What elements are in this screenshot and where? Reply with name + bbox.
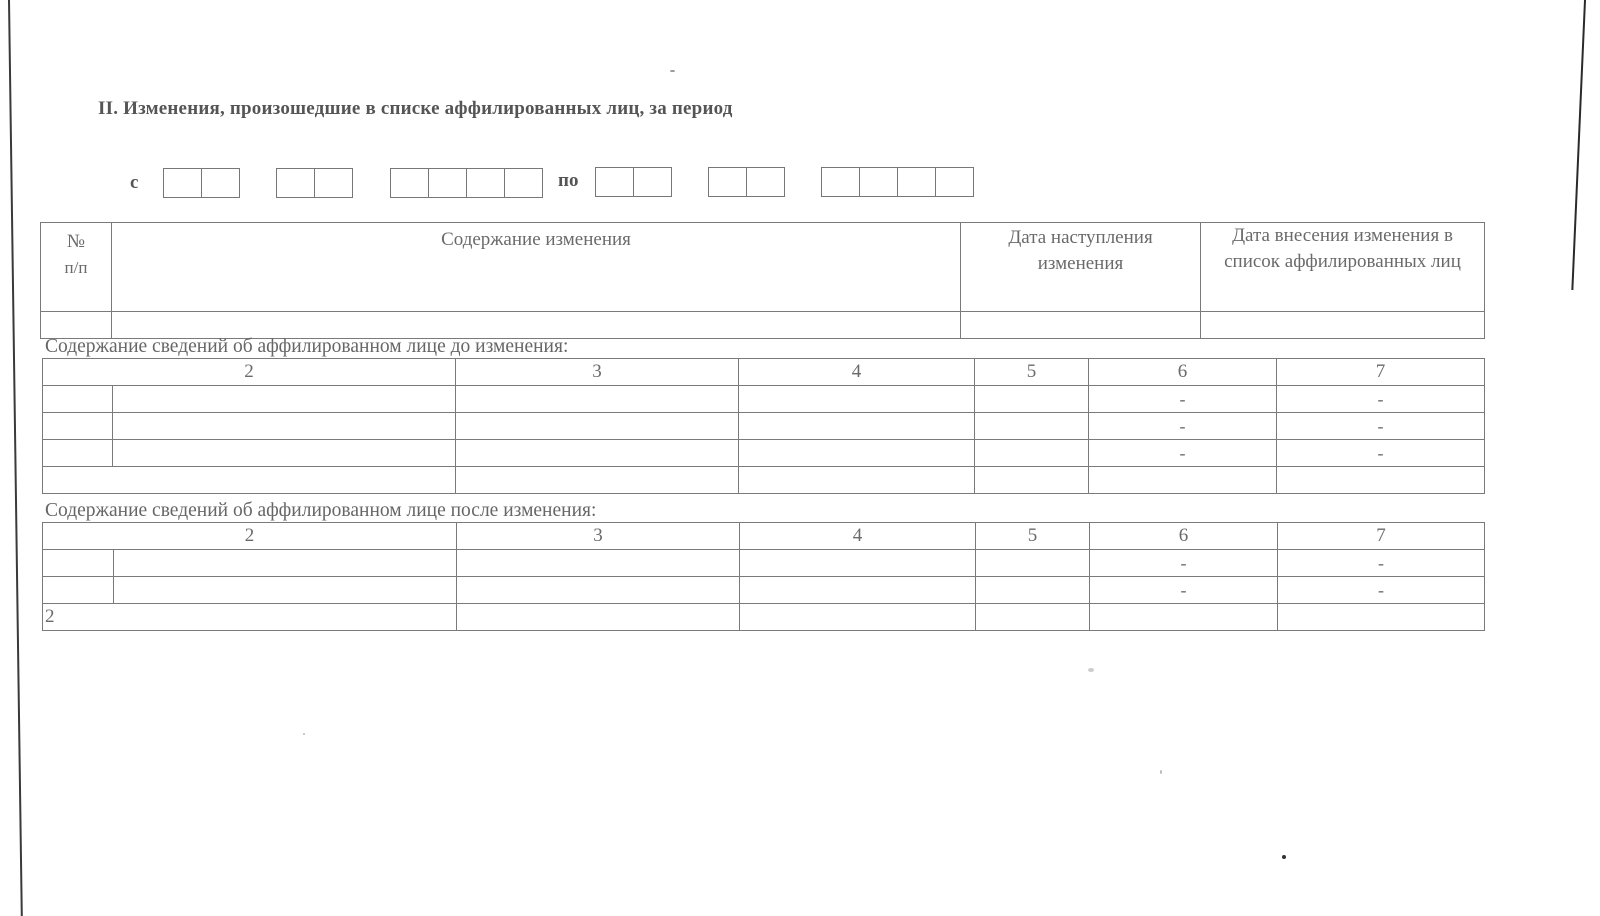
cell[interactable]: [1277, 467, 1485, 494]
to-day-digit-1[interactable]: [596, 168, 634, 196]
from-day-boxes[interactable]: [163, 168, 240, 198]
cell[interactable]: [113, 440, 456, 467]
cell[interactable]: [114, 550, 457, 577]
cell[interactable]: [113, 413, 456, 440]
scan-edge-right: [1571, 0, 1586, 290]
col-header-7: 7: [1277, 359, 1485, 386]
cell[interactable]: [43, 577, 114, 604]
from-year-digit-2[interactable]: [429, 169, 467, 197]
to-year-digit-3[interactable]: [898, 168, 936, 196]
cell[interactable]: [456, 413, 739, 440]
cell[interactable]: [976, 577, 1090, 604]
before-change-table: 2 3 4 5 6 7 - - - - - -: [42, 358, 1485, 494]
table-row: - -: [43, 440, 1485, 467]
table-row: [41, 312, 1485, 339]
table-row: 2: [43, 604, 1485, 631]
cell[interactable]: -: [1090, 550, 1278, 577]
cell[interactable]: [43, 440, 113, 467]
cell[interactable]: [975, 413, 1089, 440]
from-month-boxes[interactable]: [276, 168, 353, 198]
changes-table: № п/п Содержание изменения Дата наступле…: [40, 222, 1485, 339]
scan-speck: [1282, 855, 1286, 859]
cell[interactable]: [975, 440, 1089, 467]
cell[interactable]: [1278, 604, 1485, 631]
from-month-digit-2[interactable]: [315, 169, 352, 197]
before-change-caption: Содержание сведений об аффилированном ли…: [45, 336, 568, 358]
col-header-2: 2: [43, 523, 457, 550]
cell[interactable]: [1090, 604, 1278, 631]
cell[interactable]: [976, 604, 1090, 631]
scan-speck: [1088, 668, 1094, 672]
row-date-occurred[interactable]: [961, 312, 1201, 339]
cell[interactable]: [739, 440, 975, 467]
col-header-4: 4: [739, 359, 975, 386]
to-year-digit-1[interactable]: [822, 168, 860, 196]
cell[interactable]: [739, 467, 975, 494]
scan-edge-left: [8, 0, 23, 916]
to-month-digit-2[interactable]: [747, 168, 784, 196]
table-row: - -: [43, 386, 1485, 413]
cell[interactable]: -: [1278, 577, 1485, 604]
from-year-digit-4[interactable]: [505, 169, 542, 197]
cell[interactable]: [740, 550, 976, 577]
to-year-digit-2[interactable]: [860, 168, 898, 196]
header-date-entered: Дата внесения изменения в список аффилир…: [1201, 223, 1485, 312]
cell[interactable]: [739, 386, 975, 413]
row-num[interactable]: [41, 312, 112, 339]
cell[interactable]: [1089, 467, 1277, 494]
before-change-header: 2 3 4 5 6 7: [43, 359, 1485, 386]
row-content[interactable]: [112, 312, 961, 339]
col-header-3: 3: [456, 359, 739, 386]
cell[interactable]: [740, 577, 976, 604]
cell[interactable]: [457, 577, 740, 604]
to-year-digit-4[interactable]: [936, 168, 973, 196]
table-row: - -: [43, 577, 1485, 604]
cell[interactable]: -: [1277, 413, 1485, 440]
cell[interactable]: [456, 386, 739, 413]
to-month-digit-1[interactable]: [709, 168, 747, 196]
col-header-6: 6: [1089, 359, 1277, 386]
after-change-header: 2 3 4 5 6 7: [43, 523, 1485, 550]
cell[interactable]: -: [1277, 386, 1485, 413]
header-num-line1: №: [41, 229, 111, 255]
header-content: Содержание изменения: [112, 223, 961, 312]
after-change-caption: Содержание сведений об аффилированном ли…: [45, 500, 596, 522]
to-day-boxes[interactable]: [595, 167, 672, 197]
cell[interactable]: [43, 467, 456, 494]
cell[interactable]: [456, 467, 739, 494]
header-num-line2: п/п: [41, 255, 111, 281]
cell[interactable]: [113, 386, 456, 413]
cell[interactable]: -: [1090, 577, 1278, 604]
cell[interactable]: [739, 413, 975, 440]
from-year-digit-1[interactable]: [391, 169, 429, 197]
period-to-label: по: [558, 170, 578, 192]
cell[interactable]: -: [1089, 386, 1277, 413]
header-date-occurred: Дата наступления изменения: [961, 223, 1201, 312]
scan-speck: [670, 70, 675, 72]
cell[interactable]: [976, 550, 1090, 577]
table-row: - -: [43, 550, 1485, 577]
table-row: [43, 467, 1485, 494]
col-header-3: 3: [457, 523, 740, 550]
cell[interactable]: [43, 413, 113, 440]
row-date-entered[interactable]: [1201, 312, 1485, 339]
col-header-5: 5: [975, 359, 1089, 386]
from-day-digit-1[interactable]: [164, 169, 202, 197]
col-header-7: 7: [1278, 523, 1485, 550]
changes-table-header: № п/п Содержание изменения Дата наступле…: [41, 223, 1485, 312]
cell[interactable]: -: [1089, 440, 1277, 467]
section-title: II. Изменения, произошедшие в списке афф…: [98, 98, 733, 120]
table-row: - -: [43, 413, 1485, 440]
cell[interactable]: [740, 604, 976, 631]
from-year-digit-3[interactable]: [467, 169, 505, 197]
from-year-boxes[interactable]: [390, 168, 543, 198]
scan-speck: [303, 733, 305, 735]
header-num: № п/п: [41, 223, 112, 312]
col-header-2: 2: [43, 359, 456, 386]
cell[interactable]: [43, 386, 113, 413]
cell[interactable]: [114, 577, 457, 604]
cell[interactable]: [975, 467, 1089, 494]
cell[interactable]: -: [1089, 413, 1277, 440]
from-day-digit-2[interactable]: [202, 169, 239, 197]
period-from-label: с: [130, 172, 138, 194]
cell[interactable]: -: [1278, 550, 1485, 577]
cell[interactable]: [456, 440, 739, 467]
cell[interactable]: 2: [43, 604, 457, 631]
col-header-4: 4: [740, 523, 976, 550]
cell[interactable]: [43, 550, 114, 577]
to-day-digit-2[interactable]: [634, 168, 671, 196]
scan-speck: [1160, 770, 1162, 774]
cell[interactable]: [975, 386, 1089, 413]
col-header-5: 5: [976, 523, 1090, 550]
from-month-digit-1[interactable]: [277, 169, 315, 197]
to-month-boxes[interactable]: [708, 167, 785, 197]
cell[interactable]: -: [1277, 440, 1485, 467]
cell[interactable]: [457, 604, 740, 631]
after-change-table: 2 3 4 5 6 7 - - - - 2: [42, 522, 1485, 631]
col-header-6: 6: [1090, 523, 1278, 550]
cell[interactable]: [457, 550, 740, 577]
to-year-boxes[interactable]: [821, 167, 974, 197]
